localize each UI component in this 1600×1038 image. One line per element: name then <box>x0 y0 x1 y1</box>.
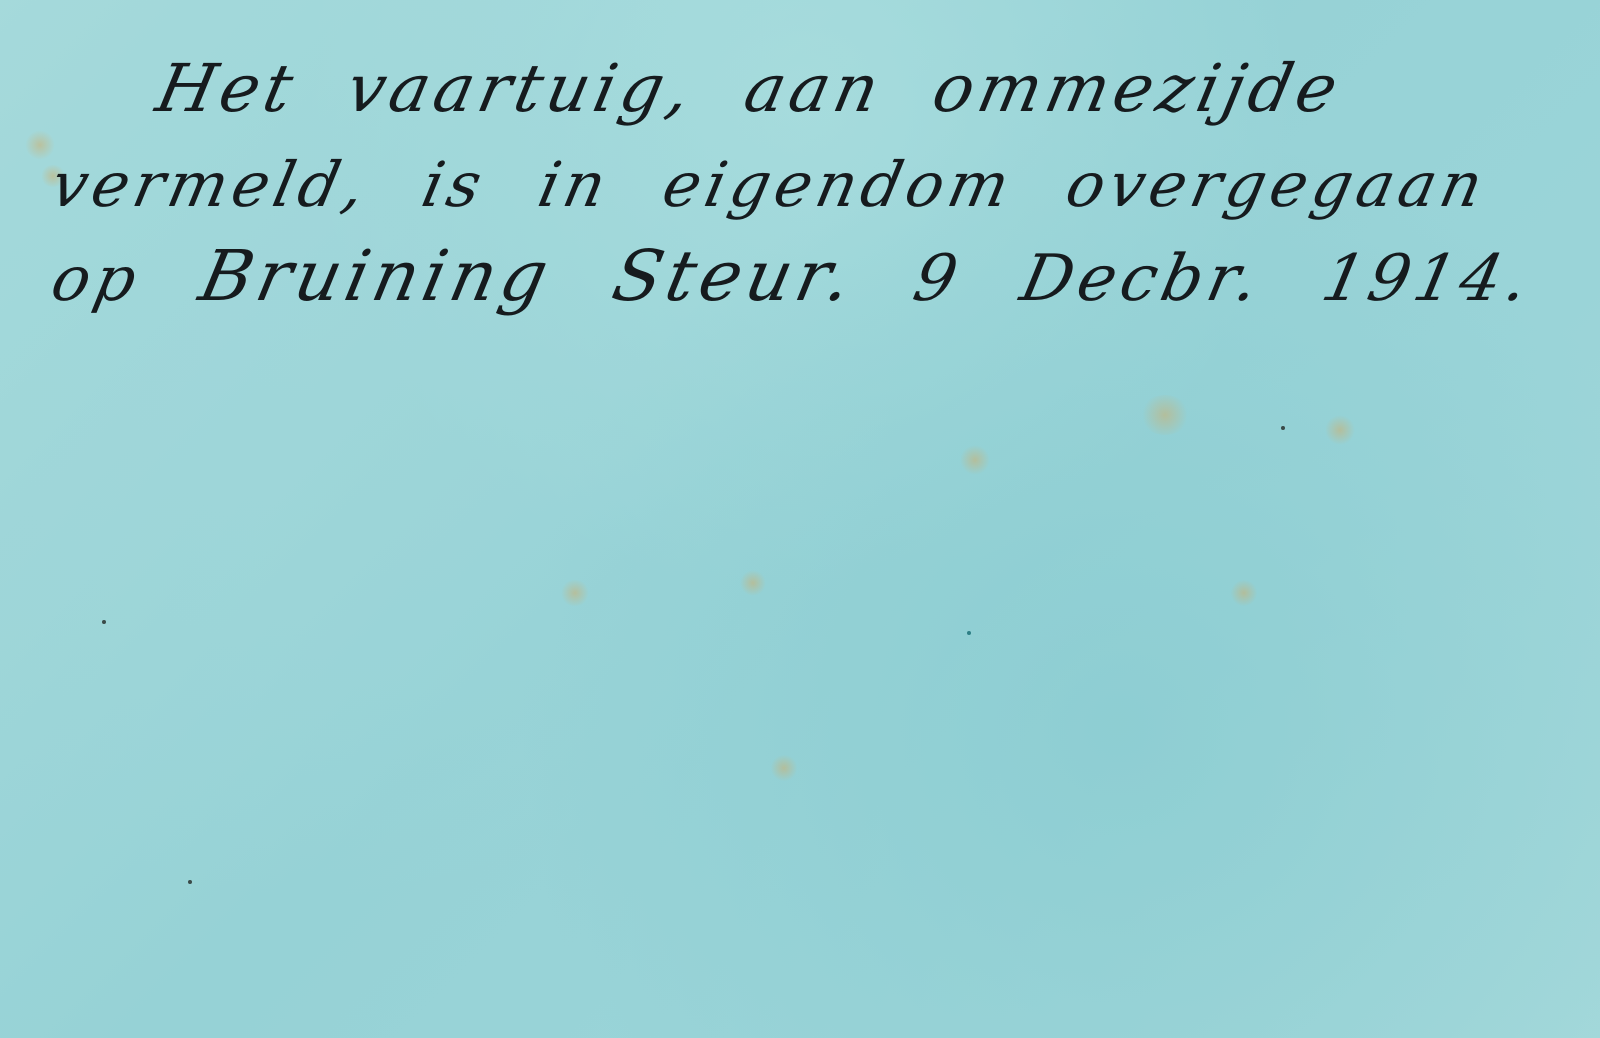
line-3-prefix: op <box>45 242 148 315</box>
document-card: Het vaartuig, aan ommezijde vermeld, is … <box>0 0 1600 1038</box>
owner-name: Bruining Steur. <box>193 235 864 317</box>
age-stain <box>1230 580 1258 606</box>
age-stain <box>770 755 798 781</box>
age-stain <box>1325 415 1355 445</box>
document-date: 9 Decbr. 1914. <box>907 242 1539 316</box>
handwritten-line-3: op Bruining Steur. 9 Decbr. 1914. <box>45 235 1541 317</box>
age-stain <box>1140 395 1190 435</box>
ink-speck <box>188 880 192 884</box>
age-stain <box>560 580 590 606</box>
ink-speck <box>102 620 106 624</box>
age-stain <box>25 130 55 160</box>
age-stain <box>740 570 766 596</box>
handwritten-line-2: vermeld, is in eigendom overgegaan <box>45 148 1494 221</box>
age-stain <box>960 445 990 475</box>
handwritten-line-1: Het vaartuig, aan ommezijde <box>150 50 1349 127</box>
ink-speck <box>1281 426 1285 430</box>
ink-speck <box>967 631 971 635</box>
